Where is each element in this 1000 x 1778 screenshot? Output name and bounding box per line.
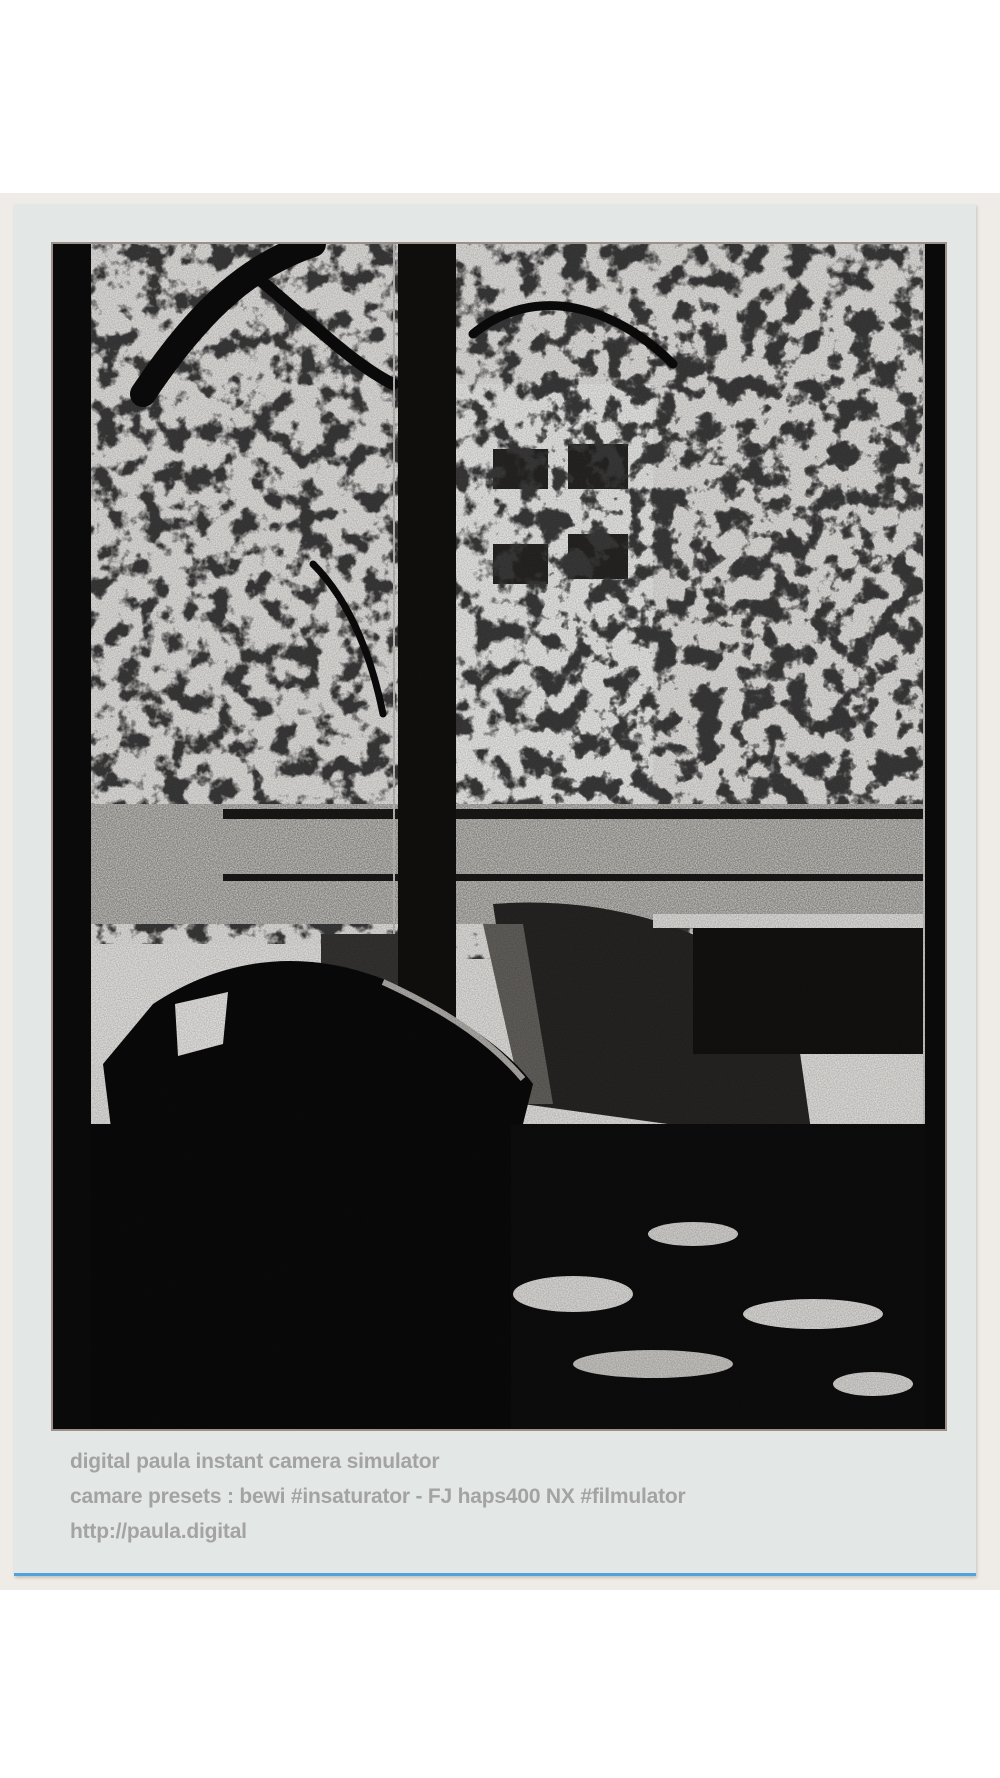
caption-url: http://paula.digital (70, 1514, 686, 1549)
caption-presets: camare presets : bewi #insaturator - FJ … (70, 1479, 686, 1514)
instant-photo-card: digital paula instant camera simulator c… (14, 204, 976, 1576)
photo-image (53, 244, 945, 1429)
caption-title: digital paula instant camera simulator (70, 1444, 686, 1479)
photo-scene-illustration (53, 244, 945, 1429)
photo-caption: digital paula instant camera simulator c… (70, 1444, 686, 1549)
